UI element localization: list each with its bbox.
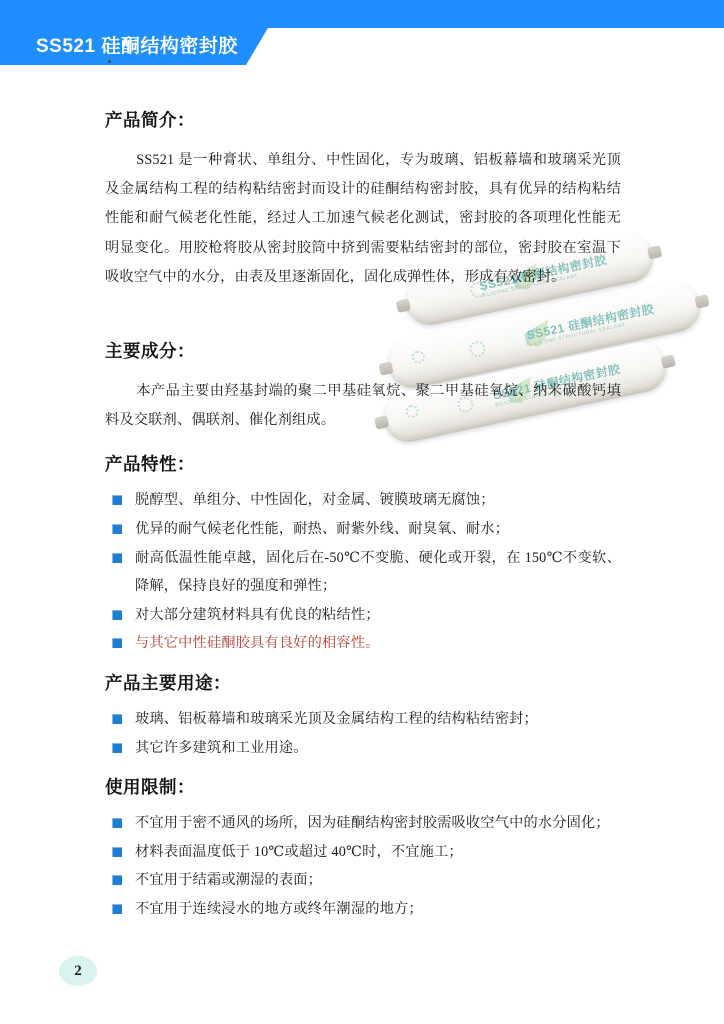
bullet-text: 不宜用于密不通风的场所，因为硅酮结构密封胶需吸收空气中的水分固化； xyxy=(135,815,610,831)
content: 产品简介： SS521 是一种膏状、单组分、中性固化，专为玻璃、铝板幕墙和玻璃采… xyxy=(105,95,621,924)
bullet-square-icon xyxy=(112,610,122,620)
bullet-text: 不宜用于结霜或潮湿的表面； xyxy=(135,872,322,888)
document-page: SS521 硅酮结构密封胶 SS521 硅酮结构密封胶 SILICONE STR… xyxy=(0,0,724,1024)
page-number: 2 xyxy=(74,963,82,980)
bullet-text: 优异的耐气候老化性能，耐热、耐紫外线、耐臭氧、耐水； xyxy=(135,521,509,537)
bullet-text: 材料表面温度低于 10℃或超过 40℃时，不宜施工； xyxy=(135,844,463,860)
bullet-square-icon xyxy=(112,743,122,753)
bullet-square-icon xyxy=(112,495,122,505)
bullet-text: 与其它中性硅酮胶具有良好的相容性。 xyxy=(135,635,380,651)
section-heading-uses: 产品主要用途： xyxy=(105,670,621,695)
bullet-item: 对大部分建筑材料具有优良的粘结性； xyxy=(105,601,621,630)
bullet-text: 其它许多建筑和工业用途。 xyxy=(135,740,308,756)
section-heading-limits: 使用限制： xyxy=(105,774,621,799)
features-list: 脱醇型、单组分、中性固化，对金属、镀膜玻璃无腐蚀； 优异的耐气候老化性能，耐热、… xyxy=(105,486,621,658)
section-heading-features: 产品特性： xyxy=(105,451,621,476)
section-limits: 使用限制： 不宜用于密不通风的场所，因为硅酮结构密封胶需吸收空气中的水分固化； … xyxy=(105,774,621,923)
bullet-item: 耐高低温性能卓越，固化后在-50℃不变脆、硬化或开裂，在 150℃不变软、降解，… xyxy=(105,544,621,601)
bullet-text: 玻璃、铝板幕墙和玻璃采光顶及金属结构工程的结构粘结密封； xyxy=(135,711,538,727)
section-composition: 主要成分： 本产品主要由羟基封端的聚二甲基硅氧烷、聚二甲基硅氧烷、纳米碳酸钙填料… xyxy=(105,338,621,435)
section-features: 产品特性： 脱醇型、单组分、中性固化，对金属、镀膜玻璃无腐蚀； 优异的耐气候老化… xyxy=(105,451,621,658)
bullet-item: 材料表面温度低于 10℃或超过 40℃时，不宜施工； xyxy=(105,838,621,867)
intro-paragraph: SS521 是一种膏状、单组分、中性固化，专为玻璃、铝板幕墙和玻璃采光顶及金属结… xyxy=(105,146,621,292)
bullet-square-icon xyxy=(112,553,122,563)
section-heading-intro: 产品简介： xyxy=(105,107,621,132)
bullet-item: 玻璃、铝板幕墙和玻璃采光顶及金属结构工程的结构粘结密封； xyxy=(105,705,621,734)
composition-paragraph: 本产品主要由羟基封端的聚二甲基硅氧烷、聚二甲基硅氧烷、纳米碳酸钙填料及交联剂、偶… xyxy=(105,377,621,435)
bullet-item: 脱醇型、单组分、中性固化，对金属、镀膜玻璃无腐蚀； xyxy=(105,486,621,515)
bullet-item: 不宜用于连续浸水的地方或终年潮湿的地方； xyxy=(105,895,621,924)
bullet-item: 不宜用于密不通风的场所，因为硅酮结构密封胶需吸收空气中的水分固化； xyxy=(105,809,621,838)
bullet-text: 脱醇型、单组分、中性固化，对金属、镀膜玻璃无腐蚀； xyxy=(135,492,495,508)
bullet-square-icon xyxy=(112,818,122,828)
bullet-item: 其它许多建筑和工业用途。 xyxy=(105,734,621,763)
limits-list: 不宜用于密不通风的场所，因为硅酮结构密封胶需吸收空气中的水分固化； 材料表面温度… xyxy=(105,809,621,923)
bullet-text: 对大部分建筑材料具有优良的粘结性； xyxy=(135,607,380,623)
page-number-badge: 2 xyxy=(59,956,97,986)
bullet-square-icon xyxy=(112,638,122,648)
bullet-item: 优异的耐气候老化性能，耐热、耐紫外线、耐臭氧、耐水； xyxy=(105,515,621,544)
bullet-text: 不宜用于连续浸水的地方或终年潮湿的地方； xyxy=(135,901,423,917)
bullet-text: 耐高低温性能卓越，固化后在-50℃不变脆、硬化或开裂，在 150℃不变软、降解，… xyxy=(135,550,621,595)
uses-list: 玻璃、铝板幕墙和玻璃采光顶及金属结构工程的结构粘结密封； 其它许多建筑和工业用途… xyxy=(105,705,621,762)
page-header-title: SS521 硅酮结构密封胶 xyxy=(36,31,238,58)
section-intro: 产品简介： SS521 是一种膏状、单组分、中性固化，专为玻璃、铝板幕墙和玻璃采… xyxy=(105,107,621,292)
bullet-square-icon xyxy=(112,524,122,534)
bullet-square-icon xyxy=(112,847,122,857)
bullet-square-icon xyxy=(112,875,122,885)
bullet-square-icon xyxy=(112,714,122,724)
section-uses: 产品主要用途： 玻璃、铝板幕墙和玻璃采光顶及金属结构工程的结构粘结密封； 其它许… xyxy=(105,670,621,762)
bullet-square-icon xyxy=(112,904,122,914)
bullet-item: 不宜用于结霜或潮湿的表面； xyxy=(105,866,621,895)
section-heading-composition: 主要成分： xyxy=(105,338,621,363)
header-dot xyxy=(108,60,111,63)
bullet-item: 与其它中性硅酮胶具有良好的相容性。 xyxy=(105,629,621,658)
